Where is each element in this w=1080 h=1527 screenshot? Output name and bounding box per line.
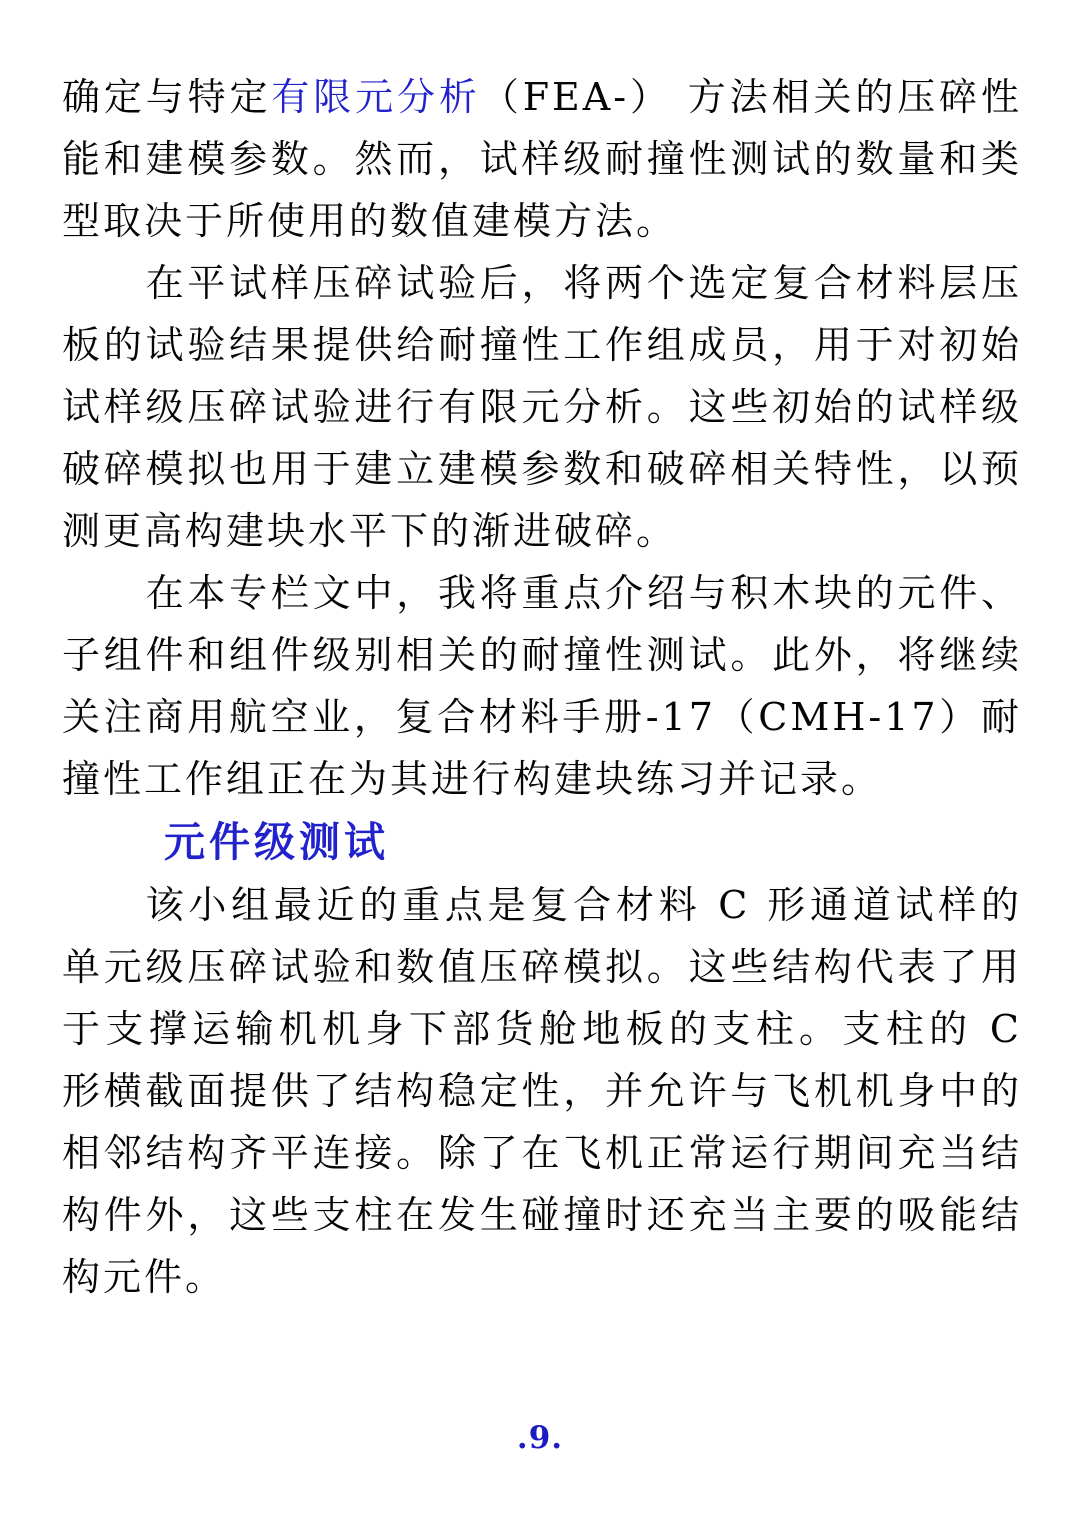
paragraph-crush-performance: 确定与特定有限元分析（FEA-） 方法相关的压碎性能和建模参数。然而，试样级耐撞… xyxy=(62,66,1022,252)
fea-hyperlink[interactable]: 有限元分析 xyxy=(271,75,480,119)
document-page: 确定与特定有限元分析（FEA-） 方法相关的压碎性能和建模参数。然而，试样级耐撞… xyxy=(0,0,1080,1527)
paragraph-flat-specimen-tests: 在平试样压碎试验后，将两个选定复合材料层压板的试验结果提供给耐撞性工作组成员，用… xyxy=(62,252,1022,562)
document-body: 确定与特定有限元分析（FEA-） 方法相关的压碎性能和建模参数。然而，试样级耐撞… xyxy=(62,66,1022,1308)
page-number: .9. xyxy=(0,1420,1080,1456)
paragraph-c-channel-struts: 该小组最近的重点是复合材料 C 形通道试样的单元级压碎试验和数值压碎模拟。这些结… xyxy=(62,874,1022,1308)
section-heading-element-level-testing: 元件级测试 xyxy=(62,810,1022,874)
paragraph-column-focus: 在本专栏文中，我将重点介绍与积木块的元件、子组件和组件级别相关的耐撞性测试。此外… xyxy=(62,562,1022,810)
paragraph-text-before-link: 确定与特定 xyxy=(62,75,271,119)
